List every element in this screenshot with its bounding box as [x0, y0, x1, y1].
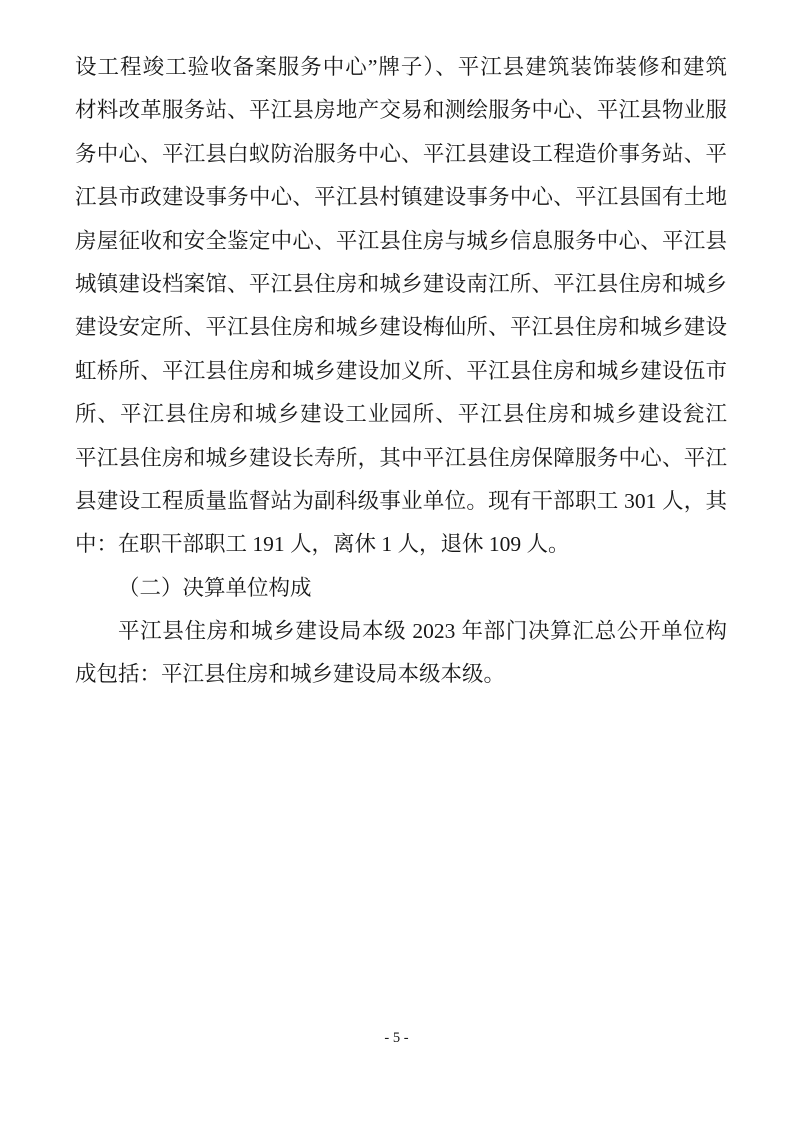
text-line: 城镇建设档案馆、平江县住房和城乡建设南江所、平江县住房和城乡 — [75, 263, 727, 306]
text-line: 房屋征收和安全鉴定中心、平江县住房与城乡信息服务中心、平江县 — [75, 220, 727, 263]
paragraph-continuation: 设工程竣工验收备案服务中心”牌子）、平江县建筑装饰装修和建筑材料改革服务站、平江… — [75, 46, 727, 567]
text-line: 成包括：平江县住房和城乡建设局本级本级。 — [75, 653, 727, 696]
text-line: 平江县住房和城乡建设局本级 2023 年部门决算汇总公开单位构 — [75, 610, 727, 653]
text-line: 材料改革服务站、平江县房地产交易和测绘服务中心、平江县物业服 — [75, 89, 727, 132]
text-line: 平江县住房和城乡建设长寿所，其中平江县住房保障服务中心、平江 — [75, 437, 727, 480]
paragraph-unit-composition: 平江县住房和城乡建设局本级 2023 年部门决算汇总公开单位构成包括：平江县住房… — [75, 610, 727, 697]
document-body: 设工程竣工验收备案服务中心”牌子）、平江县建筑装饰装修和建筑材料改革服务站、平江… — [75, 46, 727, 697]
document-page: 设工程竣工验收备案服务中心”牌子）、平江县建筑装饰装修和建筑材料改革服务站、平江… — [0, 0, 793, 1122]
section-heading: （二）决算单位构成 — [75, 567, 727, 610]
text-line: 所、平江县住房和城乡建设工业园所、平江县住房和城乡建设瓮江所、 — [75, 393, 727, 436]
text-line: 中：在职干部职工 191 人，离休 1 人，退休 109 人。 — [75, 523, 727, 566]
page-number: - 5 - — [0, 1028, 793, 1048]
text-line: 设工程竣工验收备案服务中心”牌子）、平江县建筑装饰装修和建筑 — [75, 46, 727, 89]
text-line: 县建设工程质量监督站为副科级事业单位。现有干部职工 301 人，其 — [75, 480, 727, 523]
text-line: 建设安定所、平江县住房和城乡建设梅仙所、平江县住房和城乡建设 — [75, 306, 727, 349]
text-line: 江县市政建设事务中心、平江县村镇建设事务中心、平江县国有土地 — [75, 176, 727, 219]
text-line: 务中心、平江县白蚁防治服务中心、平江县建设工程造价事务站、平 — [75, 133, 727, 176]
text-line: 虹桥所、平江县住房和城乡建设加义所、平江县住房和城乡建设伍市 — [75, 350, 727, 393]
